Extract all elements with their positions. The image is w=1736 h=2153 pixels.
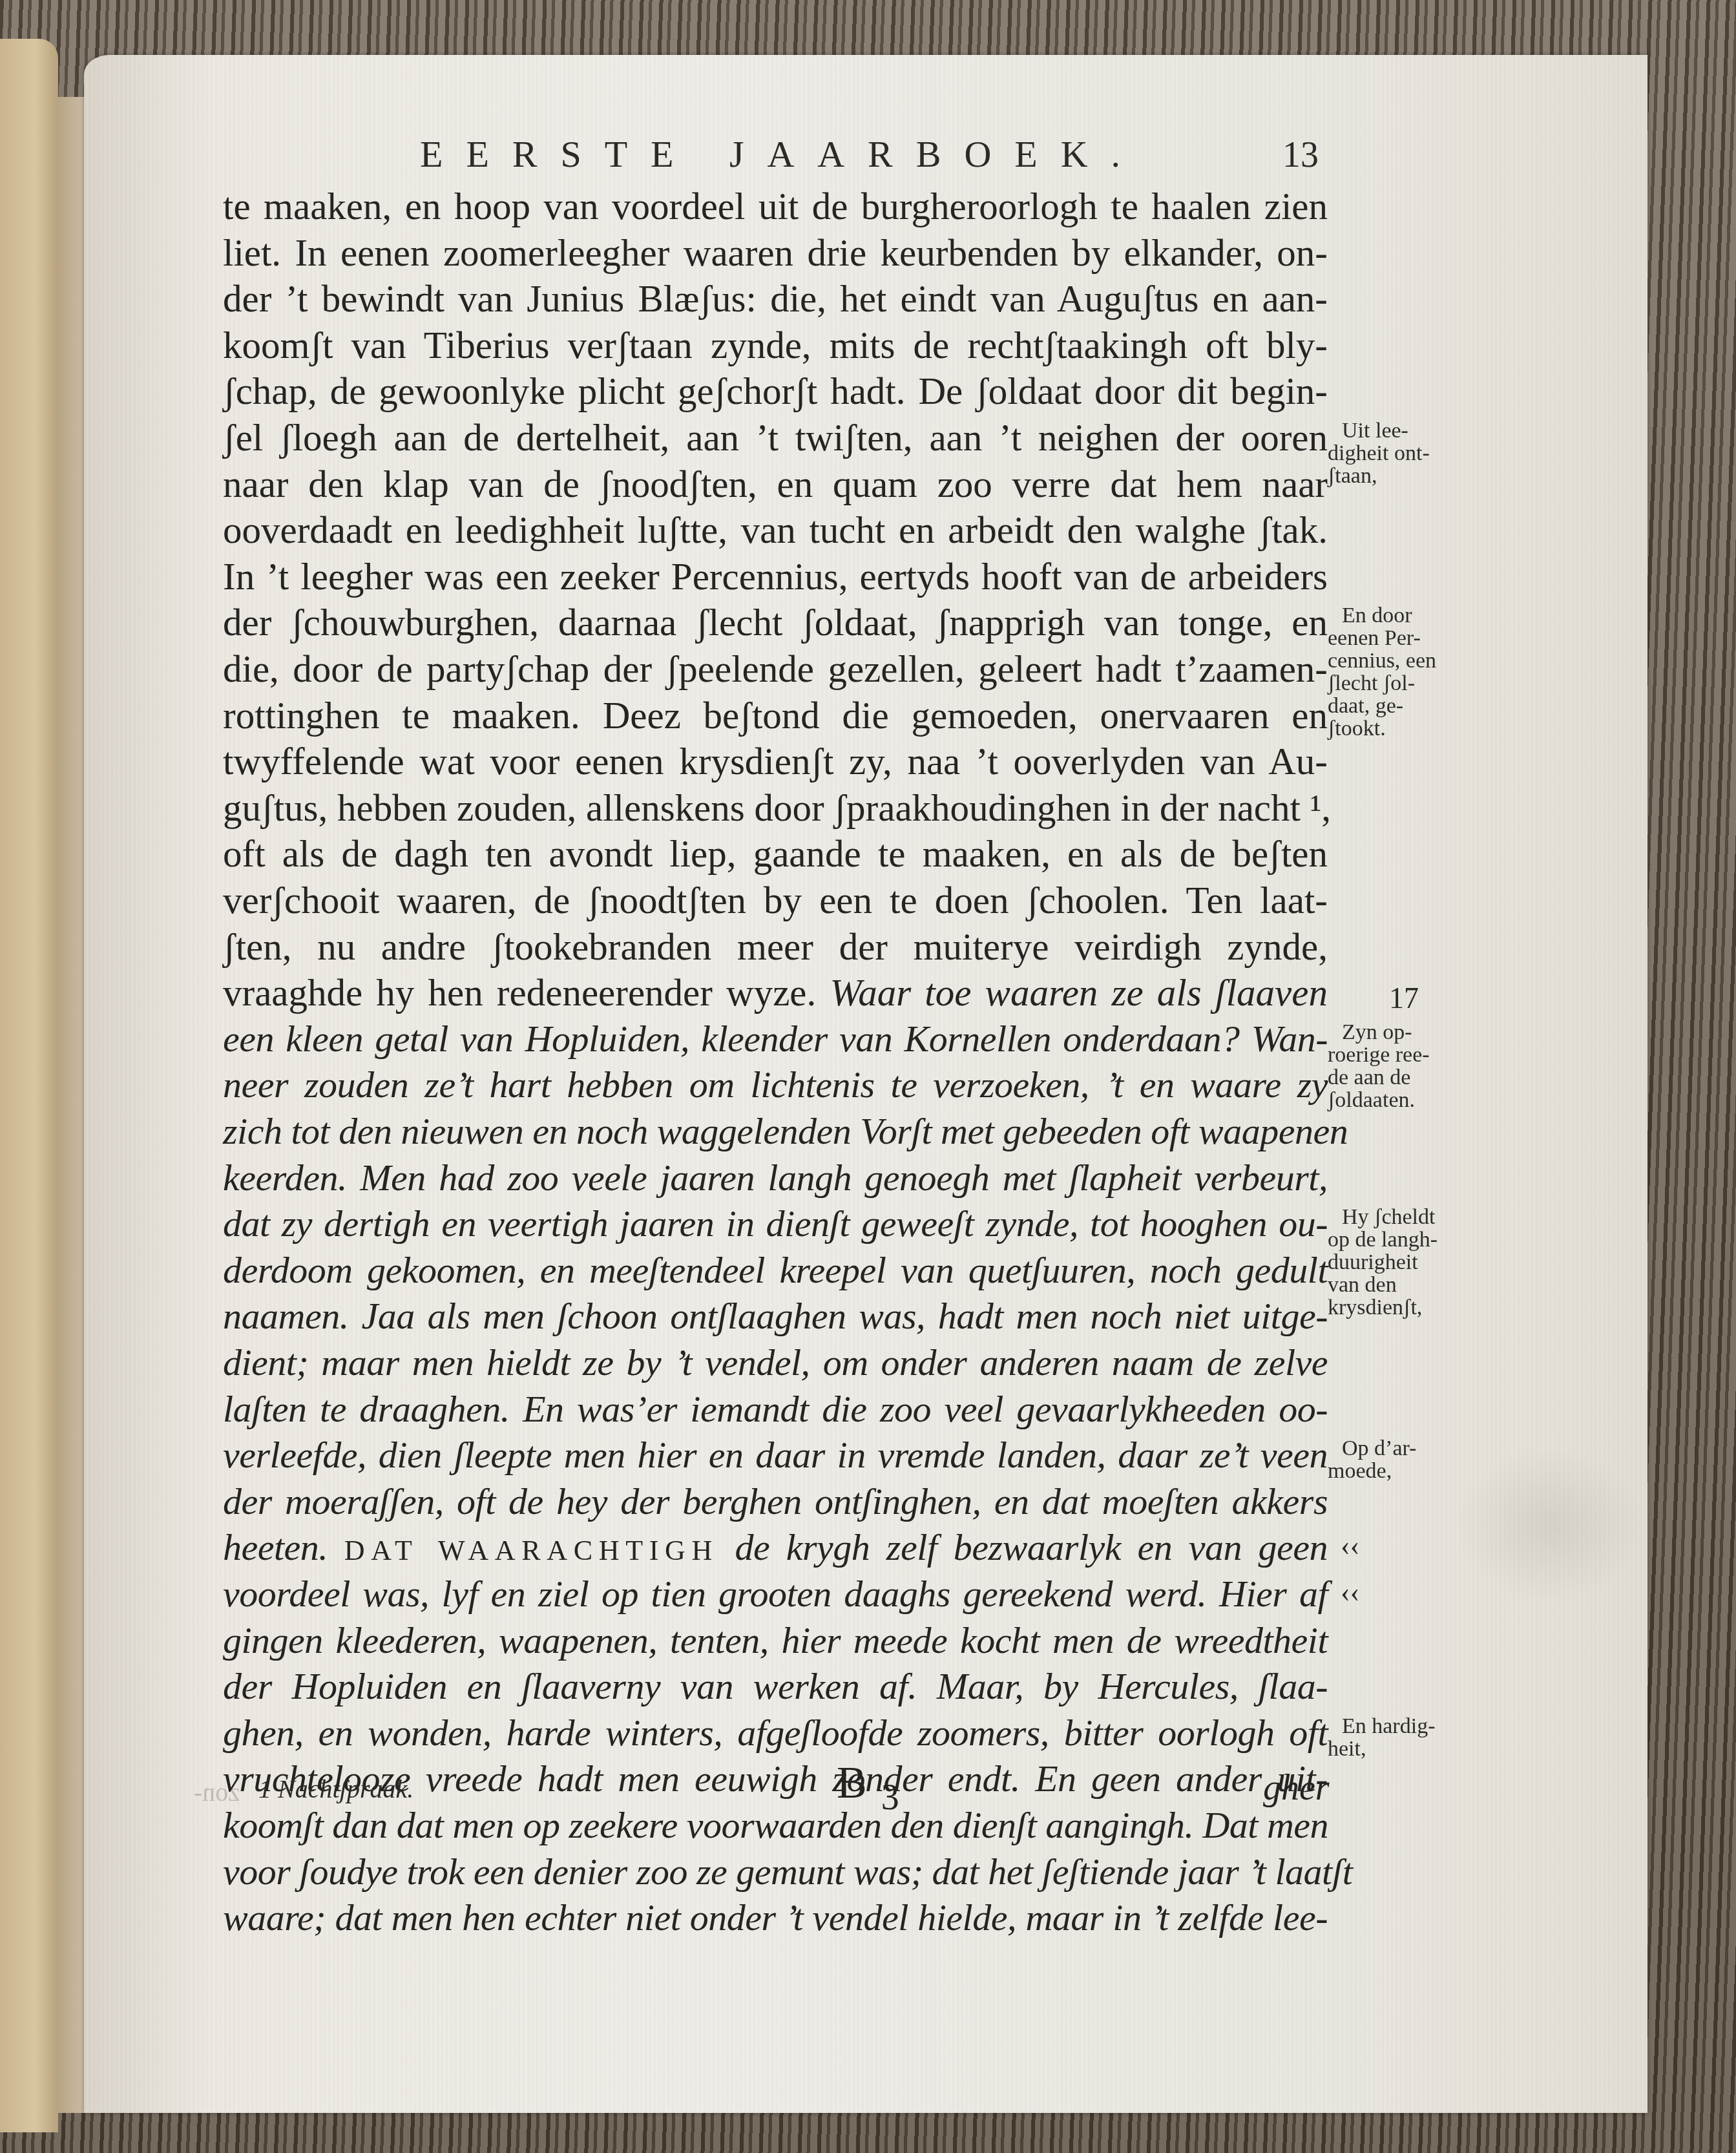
text-line: laʃten te draaghen. En was’er iemandt di… [223, 1386, 1328, 1433]
text-line: neer zouden ze’t hart hebben om lichteni… [223, 1062, 1328, 1108]
text-run: de krygh zelf bezwaarlyk en van geen [718, 1526, 1328, 1568]
text-line: koomʃt dan dat men op zeekere voorwaarde… [223, 1802, 1328, 1849]
text-line: liet. In eenen zoomerleegher waaren drie… [223, 229, 1328, 276]
running-head: EERSTE JAARBOEK. [420, 132, 1144, 176]
signature-mark: B3 [837, 1758, 899, 1809]
chapter-number: 17 [1389, 981, 1419, 1015]
text-line: waare; dat men hen echter niet onder ’t … [223, 1895, 1328, 1941]
text-line: naar den klap van de ʃnoodʃten, en quam … [223, 461, 1328, 507]
footnote: 1 Nachtʃpraak. [258, 1774, 413, 1804]
text-line: voor ʃoudye trok een denier zoo ze gemun… [223, 1849, 1328, 1895]
margin-note-line: ʃtookt. [1328, 717, 1476, 740]
text-line: koomʃt van Tiberius verʃtaan zynde, mits… [223, 322, 1328, 368]
text-line: der ʃchouwburghen, daarnaa ʃlecht ʃoldaa… [223, 599, 1328, 646]
page-number: 13 [1282, 134, 1319, 176]
text-line: vraaghde hy hen redeneerender wyze. Waar… [223, 969, 1328, 1016]
text-run: vraaghde hy hen redeneerender wyze. [223, 971, 830, 1014]
text-line: ʃel ʃloegh aan de dertelheit, aan ’t twi… [223, 414, 1328, 461]
text-line: voordeel was, lyf en ziel op tien groote… [223, 1571, 1328, 1617]
margin-note: Uit lee-digheit ont-ʃtaan, [1328, 419, 1476, 487]
margin-note-line: daat, ge- [1328, 695, 1476, 717]
text-line: verʃchooit waaren, de ʃnoodtʃten by een … [223, 877, 1328, 923]
margin-note-line: ʃlecht ʃol- [1328, 672, 1476, 695]
margin-note-line: En hardig- [1328, 1715, 1476, 1738]
signature-number: 3 [881, 1778, 899, 1818]
text-line: ooverdaadt en leedighheit luʃtte, van tu… [223, 507, 1328, 553]
margin-note-line: cennius, een [1328, 649, 1476, 672]
text-line: te maaken, en hoop van voordeel uit de b… [223, 183, 1328, 229]
margin-note-line: ʃoldaaten. [1328, 1089, 1476, 1111]
margin-note-line: op de langh- [1328, 1228, 1476, 1251]
text-run: heeten. [223, 1526, 344, 1568]
text-line: derdoom gekoomen, en meeʃtendeel kreepel… [223, 1247, 1328, 1294]
text-line: der moeraʃʃen, oft de hey der berghen on… [223, 1478, 1328, 1525]
text-line: naamen. Jaa als men ʃchoon ontʃlaaghen w… [223, 1293, 1328, 1339]
margin-note-line: duurigheit [1328, 1251, 1476, 1274]
text-line: der Hopluiden en ʃlaaverny van werken af… [223, 1663, 1328, 1710]
margin-note-line: Op d’ar- [1328, 1437, 1476, 1460]
text-line: dient; maar men hieldt ze by ’t vendel, … [223, 1339, 1328, 1386]
text-line: heeten. DAT WAARACHTIGH de krygh zelf be… [223, 1524, 1328, 1574]
text-line: verleefde, dien ʃleepte men hier en daar… [223, 1432, 1328, 1478]
margin-note-line: Uit lee- [1328, 419, 1476, 442]
facing-page-edge [0, 39, 58, 2132]
quotation-mark: ‹‹ [1341, 1529, 1359, 1562]
text-line: der ’t bewindt van Junius Blæʃus: die, h… [223, 275, 1328, 322]
margin-note: Zyn op-roerige ree-de aan deʃoldaaten. [1328, 1021, 1476, 1111]
text-line: In ’t leegher was een zeeker Percennius,… [223, 553, 1328, 600]
text-run: Waar toe waaren ze als ʃlaaven [830, 971, 1328, 1014]
text-line: die, door de partyʃchap der ʃpeelende ge… [223, 646, 1328, 692]
text-line: ʃchap, de gewoonlyke plicht geʃchorʃt ha… [223, 368, 1328, 414]
margin-note-line: van den [1328, 1274, 1476, 1296]
text-line: rottinghen te maaken. Deez beʃtond die g… [223, 692, 1328, 739]
text-line: zich tot den nieuwen en noch waggelenden… [223, 1108, 1328, 1155]
text-line: ghen, en wonden, harde winters, afgeʃloo… [223, 1710, 1328, 1756]
margin-note-line: ʃtaan, [1328, 465, 1476, 487]
paper-showthrough [1454, 1447, 1647, 1602]
margin-note-line: heit, [1328, 1738, 1476, 1760]
margin-note: Hy ʃcheldtop de langh-duurigheitvan denk… [1328, 1206, 1476, 1319]
margin-note-line: Zyn op- [1328, 1021, 1476, 1044]
margin-note-line: eenen Per- [1328, 627, 1476, 649]
margin-note-line: de aan de [1328, 1066, 1476, 1089]
text-line: gingen kleederen, waapenen, tenten, hier… [223, 1617, 1328, 1664]
signature-letter: B [837, 1758, 867, 1808]
quotation-mark: ‹‹ [1341, 1576, 1359, 1609]
margin-note-line: Hy ʃcheldt [1328, 1206, 1476, 1228]
text-line: twyffelende wat voor eenen krysdienʃt zy… [223, 738, 1328, 784]
showthrough-text: zon- [194, 1777, 240, 1807]
margin-note-line: En door [1328, 604, 1476, 627]
margin-note: Op d’ar-moede, [1328, 1437, 1476, 1482]
margin-note-line: moede, [1328, 1460, 1476, 1482]
text-line: keerden. Men had zoo veele jaaren langh … [223, 1155, 1328, 1201]
text-line: guʃtus, hebben zouden, allenskens door ʃ… [223, 784, 1328, 831]
margin-note-line: digheit ont- [1328, 442, 1476, 465]
text-line: ʃten, nu andre ʃtookebranden meer der mu… [223, 923, 1328, 970]
text-line: oft als de dagh ten avondt liep, gaande … [223, 830, 1328, 877]
catchword: gher [1263, 1767, 1330, 1809]
text-line: dat zy dertigh en veertigh jaaren in die… [223, 1201, 1328, 1247]
margin-note: En hardig-heit, [1328, 1715, 1476, 1760]
margin-note: En dooreenen Per-cennius, eenʃlecht ʃol-… [1328, 604, 1476, 740]
margin-note-line: krysdienʃt, [1328, 1296, 1476, 1319]
text-line: een kleen getal van Hopluiden, kleender … [223, 1016, 1328, 1062]
margin-note-line: roerige ree- [1328, 1044, 1476, 1066]
text-run: DAT WAARACHTIGH [344, 1535, 718, 1566]
